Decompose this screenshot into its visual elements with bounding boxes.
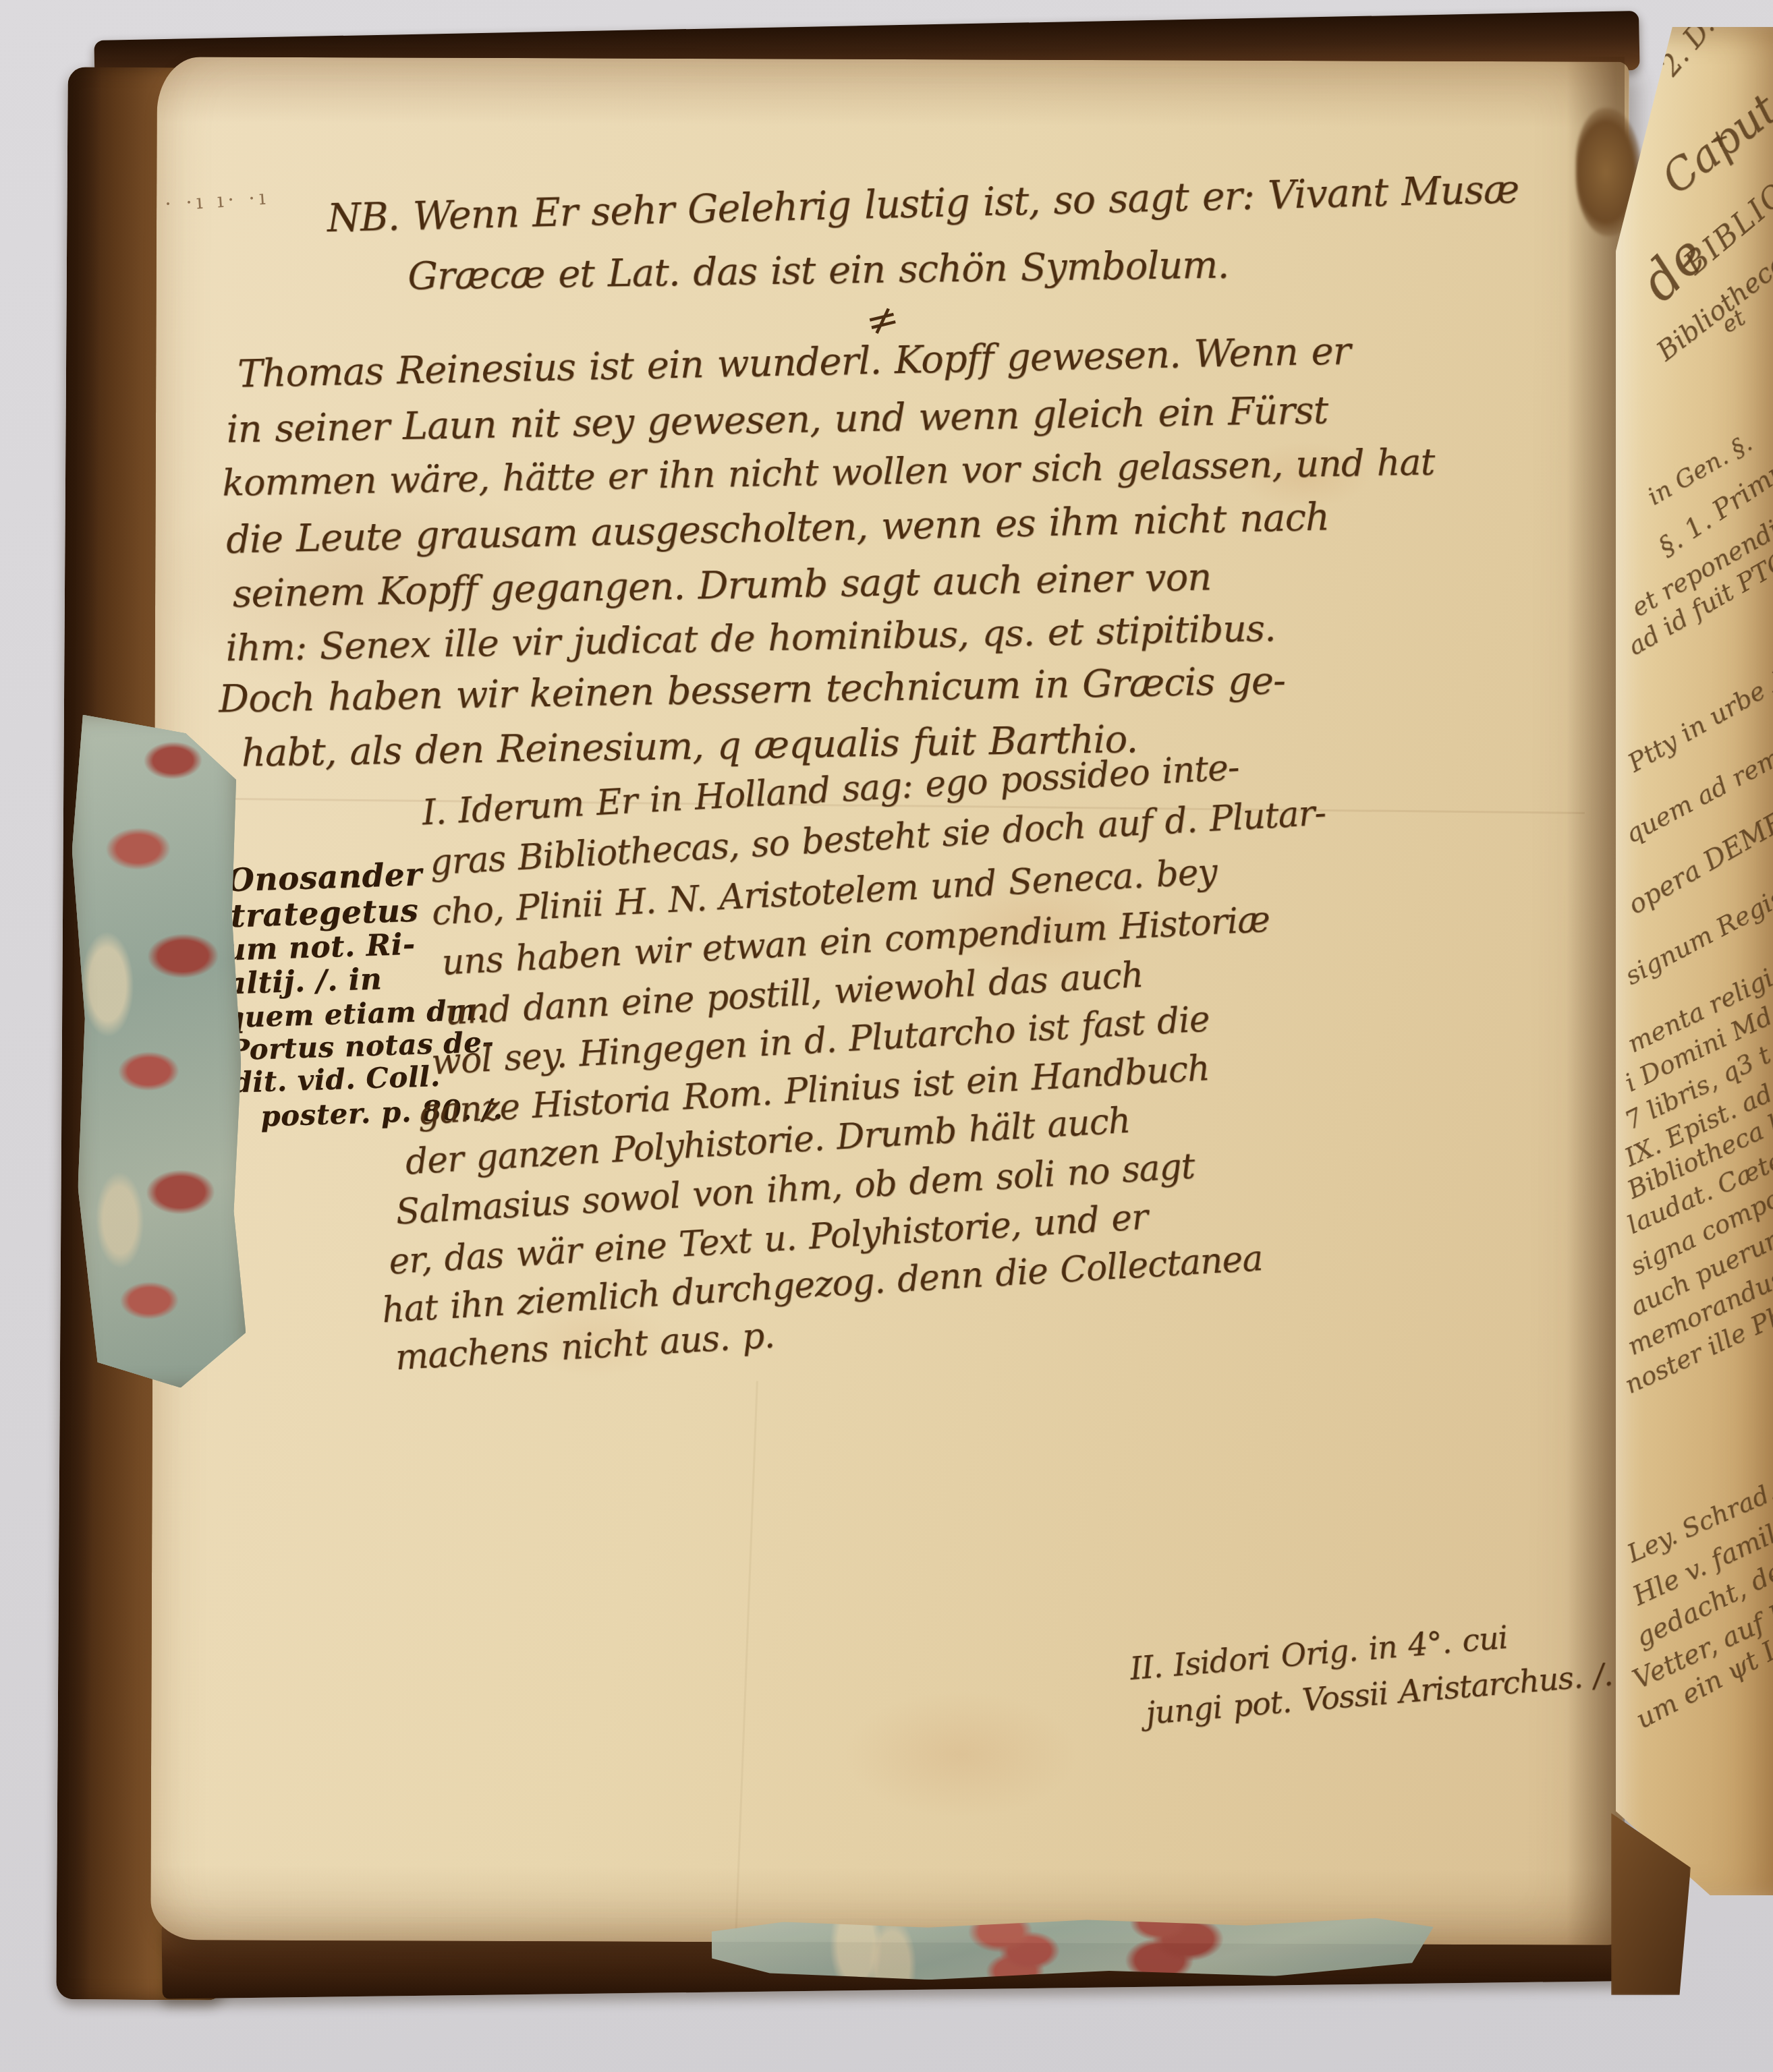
next-page-fragment: Caput I.	[1653, 57, 1773, 204]
next-page-edge: 2. D. B. V. + Caput I. de BIBLIOTHECIS e…	[1616, 27, 1773, 1895]
ink-offset-marks: · ·ı ı· ·ı	[164, 185, 271, 216]
handwriting-line: Thomas Reinesius ist ein wunderl. Kopff …	[237, 329, 1351, 397]
handwriting-line: Græcæ et Lat. das ist ein schön Symbolum…	[407, 243, 1229, 299]
manuscript-page: · ·ı ı· ·ı NB. Wenn Er sehr Gelehrig lus…	[150, 57, 1629, 1945]
handwriting-line: ihm: Senex ille vir judicat de hominibus…	[225, 606, 1276, 670]
next-page-fragment: 2. D. B. V.	[1653, 27, 1768, 82]
handwriting-line: NB. Wenn Er sehr Gelehrig lustig ist, so…	[327, 167, 1519, 241]
margin-note-line: cum not. Ri-	[205, 927, 416, 969]
handwriting-line: Doch haben wir keinen bessern technicum …	[219, 659, 1286, 722]
marbled-endpaper-left	[69, 712, 246, 1389]
handwriting-line: kommen wäre, hätte er ihn nicht wollen v…	[222, 440, 1435, 504]
handwriting-line: die Leute grausam ausgescholten, wenn es…	[225, 495, 1329, 562]
page-crease	[734, 1381, 758, 1954]
margin-note-line: dit. vid. Coll.	[232, 1060, 441, 1099]
manuscript-photo: · ·ı ı· ·ı NB. Wenn Er sehr Gelehrig lus…	[0, 0, 1773, 2072]
handwriting-line: in seiner Laun nit sey gewesen, und wenn…	[226, 388, 1328, 451]
handwriting-line: seinem Kopff gegangen. Drumb sagt auch e…	[232, 555, 1212, 616]
